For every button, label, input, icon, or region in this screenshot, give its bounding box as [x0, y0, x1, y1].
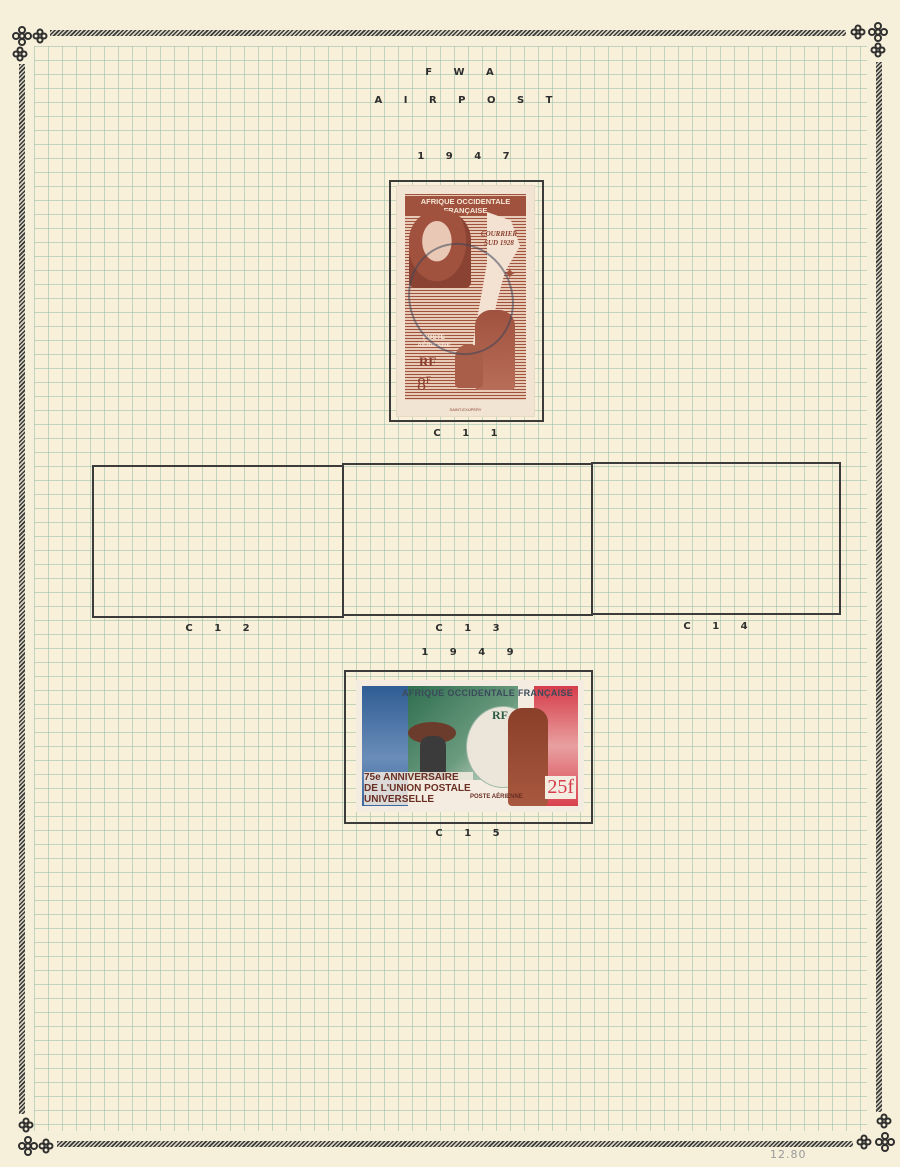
corner-ornament-icon: [856, 1134, 872, 1150]
section-heading: A I R P O S T: [375, 95, 562, 106]
stamp-c15-rf: RF: [492, 708, 508, 723]
stamp-c11-inscription: COURRIER SUD 1928: [475, 230, 523, 248]
border-bottom: [57, 1141, 853, 1147]
corner-ornament-icon: [850, 24, 866, 40]
catalog-label-c15: C 1 5: [435, 828, 508, 839]
stamp-space-c12[interactable]: [92, 465, 344, 618]
catalog-label-c13: C 1 3: [435, 623, 508, 634]
denomination-currency: f: [567, 776, 574, 798]
stamp-c15-denomination: 25f: [545, 776, 576, 799]
catalog-label-c14: C 1 4: [683, 621, 756, 632]
corner-ornament-icon: [866, 20, 890, 44]
country-heading: F W A: [425, 67, 503, 78]
corner-ornament-icon: [876, 1113, 892, 1129]
corner-ornament-icon: [870, 42, 886, 58]
year-heading-1949: 1 9 4 9: [421, 647, 522, 658]
corner-ornament-icon: [38, 1138, 54, 1154]
catalog-label-c12: C 1 2: [185, 623, 258, 634]
border-left: [19, 64, 25, 1114]
corner-ornament-icon: [12, 46, 28, 62]
corner-ornament-icon: [10, 24, 34, 48]
stamp-c15-man: [508, 708, 548, 806]
anniversary-line-2: DE L'UNION POSTALE: [364, 783, 471, 794]
corner-ornament-icon: [873, 1130, 897, 1154]
denomination-value: 25: [547, 776, 567, 798]
year-heading-1947: 1 9 4 7: [417, 151, 518, 162]
stamp-c15-anniversary: 75e ANNIVERSAIRE DE L'UNION POSTALE UNIV…: [364, 772, 473, 805]
stamp-c15[interactable]: AFRIQUE OCCIDENTALE FRANÇAISE RF 75e ANN…: [356, 680, 584, 812]
border-top: [50, 30, 846, 36]
stamp-c15-title: AFRIQUE OCCIDENTALE FRANÇAISE: [402, 688, 573, 698]
stamp-c15-design: AFRIQUE OCCIDENTALE FRANÇAISE RF 75e ANN…: [362, 686, 578, 806]
catalog-label-c11: C 1 1: [433, 428, 506, 439]
anniversary-line-1: 75e ANNIVERSAIRE: [364, 772, 471, 783]
stamp-c15-airmail: POSTE AÉRIENNE: [470, 794, 523, 800]
price-note: 12.80: [770, 1148, 807, 1161]
stamp-c11-rf: RF: [419, 354, 436, 370]
corner-ornament-icon: [16, 1134, 40, 1158]
stamp-c11[interactable]: AFRIQUE OCCIDENTALE FRANÇAISE COURRIER S…: [397, 186, 534, 416]
stamp-space-c14[interactable]: [591, 462, 841, 615]
border-right: [876, 62, 882, 1112]
corner-ornament-icon: [32, 28, 48, 44]
stamp-c11-denomination: 8F: [417, 374, 431, 395]
corner-ornament-icon: [18, 1117, 34, 1133]
denomination-value: 8: [417, 374, 426, 394]
anniversary-line-3: UNIVERSELLE: [364, 794, 471, 805]
stamp-c11-footer: SAINT-EXUPÉRY: [397, 407, 534, 412]
stamp-c11-design: AFRIQUE OCCIDENTALE FRANÇAISE COURRIER S…: [405, 194, 526, 400]
denomination-currency: F: [426, 375, 431, 385]
stamp-space-c13[interactable]: [342, 463, 593, 616]
